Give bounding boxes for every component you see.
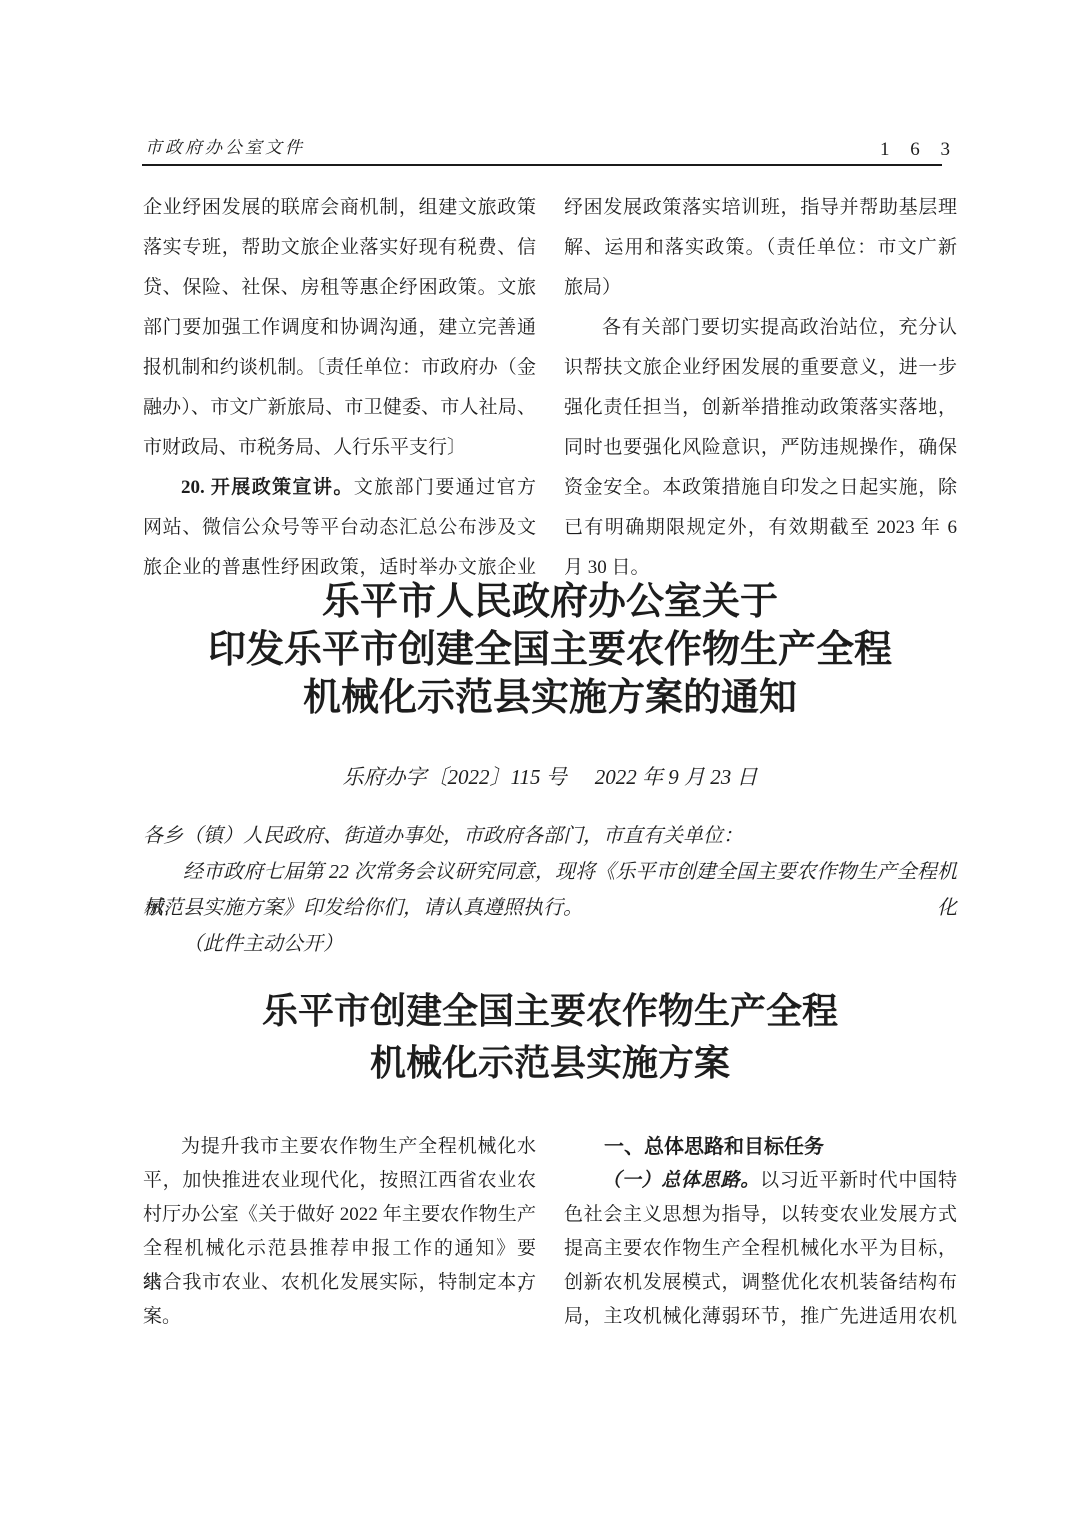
text-line: 平，加快推进农业现代化，按照江西省农业农: [143, 1164, 536, 1198]
plan-title: 乐平市创建全国主要农作物生产全程机械化示范县实施方案: [143, 985, 957, 1089]
top-left-column: 企业纾困发展的联席会商机制，组建文旅政策落实专班，帮助文旅企业落实好现有税费、信…: [143, 188, 536, 588]
text-line: 乐平市人民政府办公室关于: [143, 578, 957, 626]
document-number: 乐府办字〔2022〕115 号: [343, 765, 567, 789]
text-line: （一）总体思路。以习近平新时代中国特: [564, 1164, 957, 1198]
text-line: 创新农机发展模式，调整优化农机装备结构布: [564, 1266, 957, 1300]
document-page: 市政府办公室文件 1 6 3 企业纾困发展的联席会商机制，组建文旅政策落实专班，…: [0, 0, 1074, 1520]
text-line: 经市政府七届第 22 次常务会议研究同意，现将《乐平市创建全国主要农作物生产全程…: [143, 854, 957, 890]
text-line: 局，主攻机械化薄弱环节，推广先进适用农机: [564, 1300, 957, 1334]
plan-right-column: 一、总体思路和目标任务（一）总体思路。以习近平新时代中国特色社会主义思想为指导，…: [564, 1130, 957, 1334]
top-right-column: 纾困发展政策落实培训班，指导并帮助基层理解、运用和落实政策。（责任单位：市文广新…: [564, 188, 957, 588]
text-line: 落实专班，帮助文旅企业落实好现有税费、信: [143, 228, 536, 268]
text-line: 部门要加强工作调度和协调沟通，建立完善通: [143, 308, 536, 348]
text-line: 色社会主义思想为指导，以转变农业发展方式: [564, 1198, 957, 1232]
header-rule: [142, 164, 942, 166]
text-line: 纾困发展政策落实培训班，指导并帮助基层理: [564, 188, 957, 228]
text-line: 机械化示范县实施方案: [143, 1037, 957, 1089]
text-line: 市财政局、市税务局、人行乐平支行〕: [143, 428, 536, 468]
text-line: 案。: [143, 1300, 536, 1334]
notice-title: 乐平市人民政府办公室关于印发乐平市创建全国主要农作物生产全程机械化示范县实施方案…: [143, 578, 957, 722]
text-line: 报机制和约谈机制。〔责任单位：市政府办（金: [143, 348, 536, 388]
text-line: 融办）、市文广新旅局、市卫健委、市人社局、: [143, 388, 536, 428]
emphasized-lead-text: （一）总体思路。: [602, 1170, 760, 1191]
text-line: 乐平市创建全国主要农作物生产全程: [143, 985, 957, 1037]
text-line: 村厅办公室《关于做好 2022 年主要农作物生产: [143, 1198, 536, 1232]
header-label: 市政府办公室文件: [145, 133, 305, 158]
text-line: 印发乐平市创建全国主要农作物生产全程: [143, 626, 957, 674]
text-line: 资金安全。本政策措施自印发之日起实施，除: [564, 468, 957, 508]
text-line: 结合我市农业、农机化发展实际，特制定本方: [143, 1266, 536, 1300]
text-line: 贷、保险、社保、房租等惠企纾困政策。文旅: [143, 268, 536, 308]
document-number-line: 乐府办字〔2022〕115 号2022 年 9 月 23 日: [143, 762, 957, 792]
document-date: 2022 年 9 月 23 日: [595, 765, 758, 789]
text-line: 旅局）: [564, 268, 957, 308]
plan-left-column: 为提升我市主要农作物生产全程机械化水平，加快推进农业现代化，按照江西省农业农村厅…: [143, 1130, 536, 1334]
emphasized-lead-text: 20. 开展政策宣讲。: [181, 477, 354, 498]
text-line: 同时也要强化风险意识，严防违规操作，确保: [564, 428, 957, 468]
top-two-column-section: 企业纾困发展的联席会商机制，组建文旅政策落实专班，帮助文旅企业落实好现有税费、信…: [143, 188, 957, 588]
text-line: 各乡（镇）人民政府、街道办事处，市政府各部门，市直有关单位：: [143, 818, 957, 854]
text-line: 20. 开展政策宣讲。文旅部门要通过官方: [143, 468, 536, 508]
page-number: 1 6 3: [880, 139, 958, 161]
text-line: 为提升我市主要农作物生产全程机械化水: [143, 1130, 536, 1164]
text-line: （此件主动公开）: [143, 926, 957, 962]
text-line: 企业纾困发展的联席会商机制，组建文旅政策: [143, 188, 536, 228]
text-line: 机械化示范县实施方案的通知: [143, 674, 957, 722]
text-line: 网站、微信公众号等平台动态汇总公布涉及文: [143, 508, 536, 548]
text-line: 解、运用和落实政策。（责任单位：市文广新: [564, 228, 957, 268]
plan-two-column-section: 为提升我市主要农作物生产全程机械化水平，加快推进农业现代化，按照江西省农业农村厅…: [143, 1130, 957, 1334]
notice-body: 各乡（镇）人民政府、街道办事处，市政府各部门，市直有关单位：经市政府七届第 22…: [143, 818, 957, 962]
text-line: 各有关部门要切实提高政治站位，充分认: [564, 308, 957, 348]
text-line: 已有明确期限规定外，有效期截至 2023 年 6: [564, 508, 957, 548]
text-line: 全程机械化示范县推荐申报工作的通知》要求，: [143, 1232, 536, 1266]
text-line: 强化责任担当，创新举措推动政策落实落地，: [564, 388, 957, 428]
text-line: 一、总体思路和目标任务: [564, 1130, 957, 1164]
text-line: 识帮扶文旅企业纾困发展的重要意义，进一步: [564, 348, 957, 388]
text-line: 提高主要农作物生产全程机械化水平为目标，: [564, 1232, 957, 1266]
